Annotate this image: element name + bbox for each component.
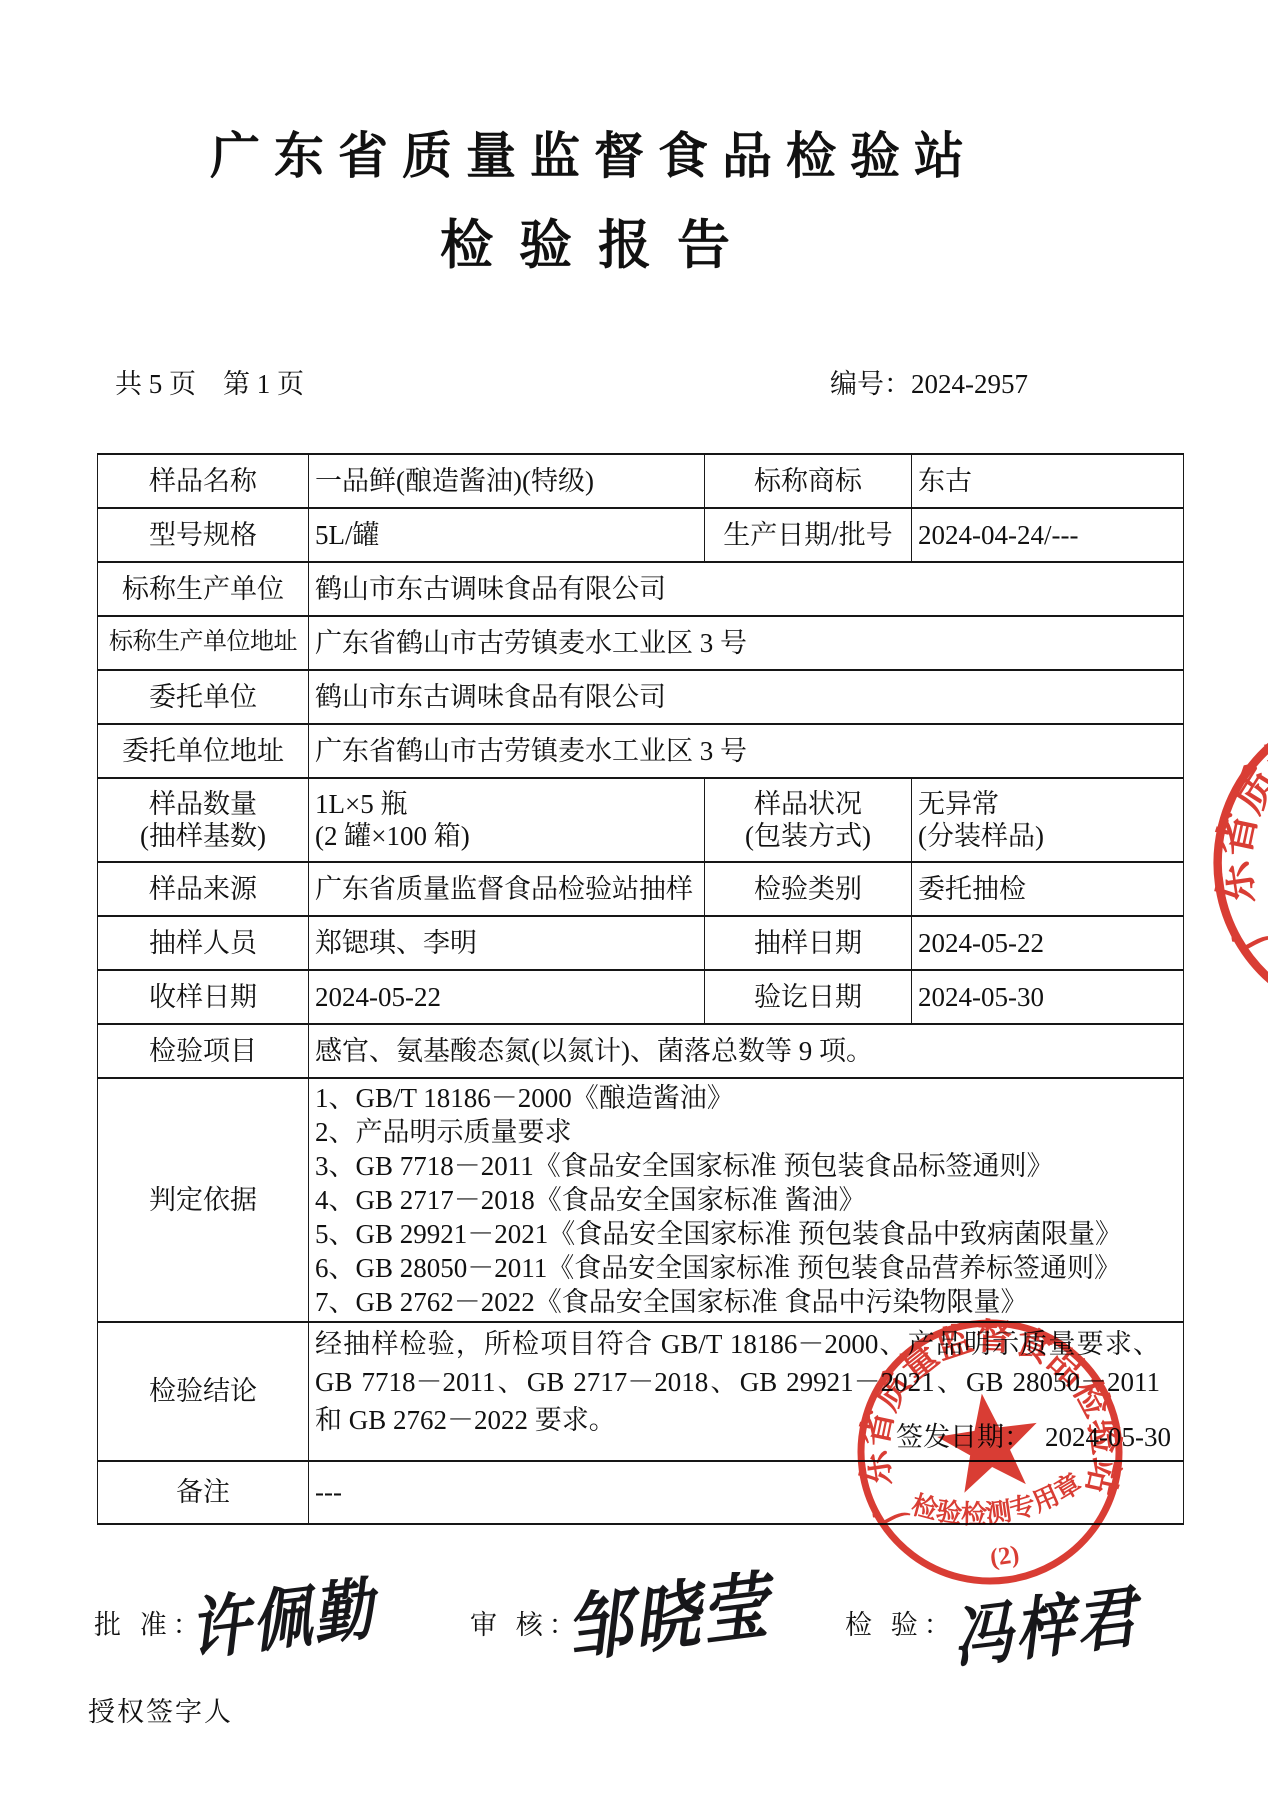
- conclusion-value: 经抽样检验，所检项目符合 GB/T 18186－2000、产品明示质量要求、GB…: [309, 1322, 1184, 1461]
- table-row-client-addr: 委托单位地址 广东省鹤山市古劳镇麦水工业区 3 号: [98, 724, 1184, 778]
- prod-date-label: 生产日期/批号: [705, 508, 912, 562]
- client-addr-label: 委托单位地址: [98, 724, 309, 778]
- edge-stamp: 广东省质量监督食品检验站 检验检测专用章 (2): [1208, 698, 1268, 1028]
- basis-line: 6、GB 28050－2011《食品安全国家标准 预包装食品营养标签通则》: [315, 1251, 1177, 1285]
- authorized-signer-label: 授权签字人: [88, 1690, 233, 1729]
- model-value: 5L/罐: [309, 508, 705, 562]
- test-label: 检 验：: [845, 1603, 957, 1642]
- source-value: 广东省质量监督食品检验站抽样: [309, 862, 705, 916]
- page-count: 共 5 页 第 1 页: [115, 362, 304, 401]
- quantity-value: 1L×5 瓶 (2 罐×100 箱): [309, 778, 705, 862]
- table-row-producer: 标称生产单位 鹤山市东古调味食品有限公司: [98, 562, 1184, 616]
- samplers-label: 抽样人员: [98, 916, 309, 970]
- producer-value: 鹤山市东古调味食品有限公司: [309, 562, 1184, 616]
- report-table: 样品名称 一品鲜(酿造酱油)(特级) 标称商标 东古 型号规格 5L/罐 生产日…: [97, 453, 1184, 1525]
- report-number: 编号：2024-2957: [830, 362, 1028, 401]
- sampling-date-label: 抽样日期: [705, 916, 912, 970]
- sign-date-label: 签发日期：: [896, 1422, 1031, 1452]
- stamp-ring-text: 广东省质量监督食品检验站: [1208, 698, 1268, 961]
- approve-signature: 许佩勤: [190, 1553, 387, 1674]
- stamp-number: (2): [988, 1541, 1021, 1572]
- prod-date-value: 2024-04-24/---: [912, 508, 1184, 562]
- samplers-value: 郑锶琪、李明: [309, 916, 705, 970]
- items-label: 检验项目: [98, 1024, 309, 1078]
- producer-addr-value: 广东省鹤山市古劳镇麦水工业区 3 号: [309, 616, 1184, 670]
- basis-line: 2、产品明示质量要求: [315, 1115, 1177, 1149]
- meta-row: 共 5 页 第 1 页 编号：2024-2957: [0, 362, 1268, 394]
- table-row-basis: 判定依据 1、GB/T 18186－2000《酿造酱油》 2、产品明示质量要求 …: [98, 1078, 1184, 1322]
- sign-date: 签发日期：2024-05-30: [896, 1421, 1171, 1454]
- report-number-label: 编号：: [830, 369, 911, 399]
- basis-line: 3、GB 7718－2011《食品安全国家标准 预包装食品标签通则》: [315, 1149, 1177, 1183]
- source-label: 样品来源: [98, 862, 309, 916]
- basis-value: 1、GB/T 18186－2000《酿造酱油》 2、产品明示质量要求 3、GB …: [309, 1078, 1184, 1322]
- client-label: 委托单位: [98, 670, 309, 724]
- table-row-conclusion: 检验结论 经抽样检验，所检项目符合 GB/T 18186－2000、产品明示质量…: [98, 1322, 1184, 1461]
- receive-date-value: 2024-05-22: [309, 970, 705, 1024]
- table-row-receive-date: 收样日期 2024-05-22 验讫日期 2024-05-30: [98, 970, 1184, 1024]
- table-row-sample-name: 样品名称 一品鲜(酿造酱油)(特级) 标称商标 东古: [98, 454, 1184, 508]
- report-page: 广东省质量监督食品检验站 检验报告 共 5 页 第 1 页 编号：2024-29…: [0, 0, 1268, 1794]
- svg-text:广东省质量监督食品检验站: 广东省质量监督食品检验站: [1208, 698, 1268, 961]
- test-signature: 冯梓君: [953, 1561, 1150, 1682]
- basis-label: 判定依据: [98, 1078, 309, 1322]
- table-row-items: 检验项目 感官、氨基酸态氮(以氮计)、菌落总数等 9 项。: [98, 1024, 1184, 1078]
- table-row-quantity: 样品数量 (抽样基数) 1L×5 瓶 (2 罐×100 箱) 样品状况 (包装方…: [98, 778, 1184, 862]
- report-number-value: 2024-2957: [911, 369, 1028, 399]
- basis-line: 4、GB 2717－2018《食品安全国家标准 酱油》: [315, 1183, 1177, 1217]
- conclusion-label: 检验结论: [98, 1322, 309, 1461]
- sample-name-value: 一品鲜(酿造酱油)(特级): [309, 454, 705, 508]
- client-value: 鹤山市东古调味食品有限公司: [309, 670, 1184, 724]
- review-signature: 邹晓莹: [566, 1544, 782, 1678]
- receive-date-label: 收样日期: [98, 970, 309, 1024]
- producer-label: 标称生产单位: [98, 562, 309, 616]
- brand-value: 东古: [912, 454, 1184, 508]
- review-label: 审 核：: [470, 1603, 582, 1642]
- producer-addr-label: 标称生产单位地址: [98, 616, 309, 670]
- brand-label: 标称商标: [705, 454, 912, 508]
- basis-line: 5、GB 29921－2021《食品安全国家标准 预包装食品中致病菌限量》: [315, 1217, 1177, 1251]
- items-value: 感官、氨基酸态氮(以氮计)、菌落总数等 9 项。: [309, 1024, 1184, 1078]
- table-row-samplers: 抽样人员 郑锶琪、李明 抽样日期 2024-05-22: [98, 916, 1184, 970]
- stamp-ring: [1208, 698, 1268, 1028]
- remark-label: 备注: [98, 1461, 309, 1524]
- approve-label: 批 准：: [94, 1603, 206, 1642]
- document-title: 检验报告: [0, 203, 1232, 279]
- table-row-model: 型号规格 5L/罐 生产日期/批号 2024-04-24/---: [98, 508, 1184, 562]
- finish-date-value: 2024-05-30: [912, 970, 1184, 1024]
- category-value: 委托抽检: [912, 862, 1184, 916]
- sampling-date-value: 2024-05-22: [912, 916, 1184, 970]
- basis-line: 1、GB/T 18186－2000《酿造酱油》: [315, 1081, 1177, 1115]
- category-label: 检验类别: [705, 862, 912, 916]
- finish-date-label: 验讫日期: [705, 970, 912, 1024]
- quantity-label: 样品数量 (抽样基数): [98, 778, 309, 862]
- condition-value: 无异常 (分装样品): [912, 778, 1184, 862]
- table-row-producer-addr: 标称生产单位地址 广东省鹤山市古劳镇麦水工业区 3 号: [98, 616, 1184, 670]
- model-label: 型号规格: [98, 508, 309, 562]
- condition-label: 样品状况 (包装方式): [705, 778, 912, 862]
- organization-title: 广东省质量监督食品检验站: [0, 116, 1228, 188]
- basis-line: 7、GB 2762－2022《食品安全国家标准 食品中污染物限量》: [315, 1285, 1177, 1319]
- table-row-remark: 备注 ---: [98, 1461, 1184, 1524]
- sign-date-value: 2024-05-30: [1045, 1422, 1171, 1452]
- table-row-source: 样品来源 广东省质量监督食品检验站抽样 检验类别 委托抽检: [98, 862, 1184, 916]
- table-row-client: 委托单位 鹤山市东古调味食品有限公司: [98, 670, 1184, 724]
- remark-value: ---: [309, 1461, 1184, 1524]
- client-addr-value: 广东省鹤山市古劳镇麦水工业区 3 号: [309, 724, 1184, 778]
- sample-name-label: 样品名称: [98, 454, 309, 508]
